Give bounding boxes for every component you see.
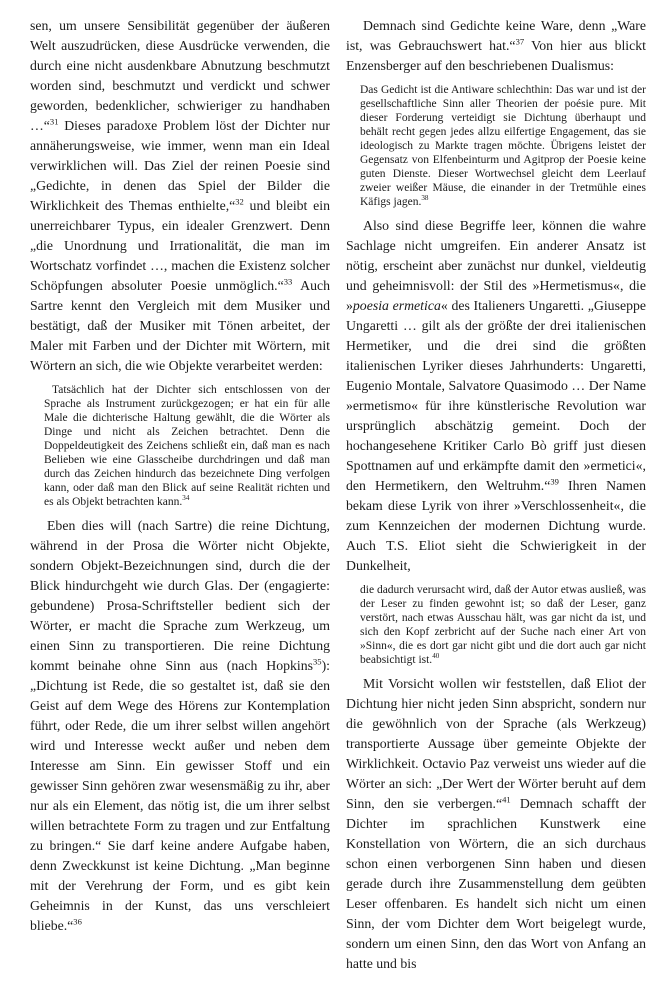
block-quote: Tatsächlich hat der Dichter sich entschl… — [44, 383, 330, 509]
block-quote: die dadurch verursacht wird, daß der Aut… — [360, 583, 646, 667]
paragraph: Mit Vorsicht wollen wir feststellen, daß… — [346, 674, 646, 974]
footnote-ref: 38 — [421, 194, 428, 202]
text-run: « des Italieners Ungaretti. „Giuseppe Un… — [346, 298, 646, 493]
page: sen, um unsere Sensibilität gegenüber de… — [0, 0, 667, 990]
two-column-layout: sen, um unsere Sensibilität gegenüber de… — [0, 0, 667, 974]
text-run: Mit Vorsicht wollen wir feststellen, daß… — [346, 676, 646, 811]
footnote-ref: 39 — [550, 476, 559, 486]
paragraph: sen, um unsere Sensibilität gegenüber de… — [30, 16, 330, 376]
footnote-ref: 34 — [182, 494, 189, 502]
text-run: Das Gedicht ist die Antiware schlechthin… — [360, 84, 646, 208]
footnote-ref: 32 — [235, 196, 244, 206]
paragraph: Eben dies will (nach Sartre) die reine D… — [30, 516, 330, 936]
italic-term: poesia ermetica — [353, 298, 441, 313]
left-column: sen, um unsere Sensibilität gegenüber de… — [30, 16, 330, 974]
text-run: die dadurch verursacht wird, daß der Aut… — [360, 584, 646, 666]
footnote-ref: 41 — [502, 794, 511, 804]
footnote-ref: 37 — [516, 36, 525, 46]
text-run: sen, um unsere Sensibilität gegenüber de… — [30, 18, 330, 133]
paragraph: Also sind diese Begriffe leer, können di… — [346, 216, 646, 576]
footnote-ref: 33 — [284, 276, 293, 286]
paragraph: Demnach sind Gedichte keine Ware, denn „… — [346, 16, 646, 76]
text-run: ): „Dichtung ist Rede, die so gestaltet … — [30, 658, 330, 933]
footnote-ref: 35 — [313, 656, 322, 666]
text-run: Eben dies will (nach Sartre) die reine D… — [30, 518, 330, 673]
footnote-ref: 40 — [432, 652, 439, 660]
right-column: Demnach sind Gedichte keine Ware, denn „… — [346, 16, 646, 974]
text-run: Tatsächlich hat der Dichter sich entschl… — [44, 384, 330, 508]
footnote-ref: 36 — [73, 916, 82, 926]
block-quote: Das Gedicht ist die Antiware schlechthin… — [360, 83, 646, 209]
text-run: Demnach schafft der Dichter im sprachlic… — [346, 796, 646, 971]
